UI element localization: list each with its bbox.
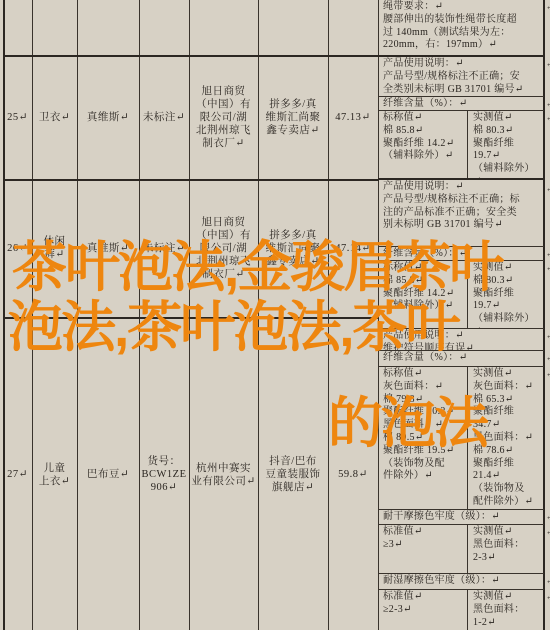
return-mark: ↵ — [546, 592, 550, 603]
detail-block-wet-rub-fastness-values: 标准值↵≥2-3↵ 实测值↵黑色面料：1-2↵ — [378, 590, 544, 630]
detail-block-fiber-content-header: 纤维含量（%）：↵ — [378, 97, 544, 111]
text-line: 过 140mm（测试结果为左： — [383, 27, 542, 40]
text-line: 配件除外）↵ — [473, 496, 543, 509]
text-line: BCW1ZE — [142, 468, 187, 481]
detail-block-usage-instruction: 产品使用说明：↵产品号型/规格标注不正确；安全类别未标明 GB 31701 编号… — [378, 57, 544, 97]
text-line: （辅料除外）↵ — [473, 163, 543, 180]
return-mark: ↵ — [546, 527, 550, 538]
measured-values: 实测值↵黑色面料：2-3↵ — [467, 525, 544, 573]
text-line: 绳带要求：↵ — [383, 1, 542, 14]
text-line: 限公司/湖 — [200, 111, 247, 124]
cell-brand: 巴布豆↵ — [78, 319, 138, 630]
text-line: 上衣↵ — [39, 475, 70, 488]
text-line: 19.7↵ — [473, 300, 543, 313]
cell-brand: 真维斯↵ — [78, 57, 138, 178]
text-line: 标称值↵ — [383, 368, 466, 381]
detail-block-dry-rub-fastness-header: 耐干摩擦色牢度（级）：↵ — [378, 510, 544, 525]
text-line: 1-2↵ — [473, 617, 543, 630]
detail-block-wet-rub-fastness-header: 耐湿摩擦色牢度（级）：↵ — [378, 574, 544, 590]
text-line: （辅料除外）↵ — [473, 313, 543, 329]
text-line: 棉 80.3↵ — [473, 125, 543, 138]
text-line: 实测值↵ — [473, 368, 543, 381]
text-line: 拼多多/真 — [269, 98, 316, 111]
text-line: 27↵ — [7, 468, 28, 481]
detail-block-cord-requirement: 绳带要求：↵腰部伸出的装饰性绳带长度超过 140mm（测试结果为左：220mm，… — [378, 0, 544, 57]
measured-values: 实测值↵棉 80.3↵聚酯纤维19.7↵（辅料除外）↵ — [467, 111, 544, 178]
cell-product-name: 儿童上衣↵ — [33, 319, 76, 630]
text-line: 业有限公司↵ — [191, 475, 255, 488]
text-line: 标准值↵ — [383, 591, 466, 604]
detail-block-fiber-values: 标称值↵棉 85.8↵聚酯纤维 14.2↵（辅料除外）↵ 实测值↵棉 80.3↵… — [378, 111, 544, 180]
text-line: 19.7↵ — [473, 150, 543, 163]
standard-values: 标准值↵≥2-3↵ — [378, 590, 467, 630]
text-line: 别未标明 GB 31701 编号↵ — [383, 219, 542, 232]
text-line: （装饰物及 — [473, 483, 543, 496]
text-line: 实测值↵ — [473, 591, 543, 604]
text-line: 纤维含量（%）：↵ — [383, 98, 542, 111]
text-line: 鑫专卖店↵ — [266, 124, 319, 137]
text-line: 实测值↵ — [473, 112, 543, 125]
return-mark: ↵ — [546, 576, 550, 587]
text-line: 标准值↵ — [383, 526, 466, 539]
text-line: 旭日商贸 — [202, 85, 246, 98]
text-line: ≥2-3↵ — [383, 604, 466, 617]
text-line: 25↵ — [7, 111, 28, 124]
return-mark: ↵ — [546, 353, 550, 364]
text-line: ≥3↵ — [383, 539, 466, 552]
text-line: 标称值↵ — [383, 112, 466, 125]
text-line: 注的产品标准不正确；安全类 — [383, 207, 542, 220]
text-line: 未标注↵ — [143, 111, 185, 124]
cell-model: 货号：BCW1ZE906↵ — [140, 319, 188, 630]
text-line: 黑色面料： — [473, 539, 543, 552]
text-line: 2-3↵ — [473, 552, 543, 565]
text-line: （中国）有 — [196, 98, 251, 111]
text-line: 制衣厂↵ — [202, 137, 244, 150]
cell-product-name: 卫衣↵ — [33, 57, 76, 178]
inspection-report-page: 25↵ 卫衣↵ 真维斯↵ 未标注↵ 旭日商贸（中国）有限公司/湖北荆州琼飞制衣厂… — [0, 0, 550, 630]
text-line: （辅料除外）↵ — [383, 150, 466, 163]
return-mark: ↵ — [546, 512, 550, 523]
text-line: 货号： — [148, 455, 181, 468]
text-line: 维斯汇尚聚 — [266, 111, 321, 124]
text-line: 产品号型/规格标注不正确；安 — [383, 71, 542, 84]
return-mark: ↵ — [546, 99, 550, 110]
text-line: 杭州中赛实 — [196, 462, 251, 475]
cell-price: 47.13↵ — [329, 57, 377, 178]
text-line: 产品号型/规格标注不正确；标 — [383, 194, 542, 207]
return-mark: ↵ — [546, 263, 550, 274]
watermark-text-line-3: 的泡法 — [328, 396, 487, 451]
text-line: 聚酯纤维 — [473, 458, 543, 471]
text-line: 旗舰店↵ — [272, 481, 314, 494]
text-line: 豆童装服饰 — [266, 468, 321, 481]
nominal-values: 标称值↵棉 85.8↵聚酯纤维 14.2↵（辅料除外）↵ — [378, 111, 467, 178]
text-line: 产品使用说明：↵ — [383, 58, 542, 71]
watermark-text-line-1: 茶叶泡法,金骏眉茶叶 — [12, 240, 502, 295]
return-mark: ↵ — [546, 2, 550, 13]
text-line: 聚酯纤维 — [473, 138, 543, 151]
text-line: （装饰物及配 — [383, 458, 466, 471]
text-line: 件除外）↵ — [383, 470, 466, 483]
cell-row-number: 25↵ — [4, 57, 31, 178]
text-line: 腰部伸出的装饰性绳带长度超 — [383, 14, 542, 27]
text-line: 220mm，右：197mm）↵ — [383, 39, 542, 52]
text-line: 北荆州琼飞 — [196, 124, 251, 137]
return-mark: ↵ — [546, 184, 550, 195]
text-line: 抖音/巴布 — [269, 455, 316, 468]
cell-manufacturer: 旭日商贸（中国）有限公司/湖北荆州琼飞制衣厂↵ — [190, 57, 257, 178]
return-mark: ↵ — [546, 369, 550, 380]
text-line: 巴布豆↵ — [87, 468, 129, 481]
measured-values: 实测值↵黑色面料：1-2↵ — [467, 590, 544, 630]
text-line: 耐湿摩擦色牢度（级）：↵ — [383, 575, 542, 588]
text-line: 21.4↵ — [473, 470, 543, 483]
cell-store: 抖音/巴布豆童装服饰旗舰店↵ — [259, 319, 327, 630]
cell-price: 59.8↵ — [329, 319, 377, 630]
text-line: 卫衣↵ — [39, 111, 70, 124]
detail-block-dry-rub-fastness-values: 标准值↵≥3↵ 实测值↵黑色面料：2-3↵ — [378, 525, 544, 574]
standard-values: 标准值↵≥3↵ — [378, 525, 467, 573]
text-line: 产品使用说明：↵ — [383, 181, 542, 194]
text-line: 实测值↵ — [473, 526, 543, 539]
text-line: 黑色面料： — [473, 604, 543, 617]
cell-store: 拼多多/真维斯汇尚聚鑫专卖店↵ — [259, 57, 327, 178]
return-mark: ↵ — [546, 331, 550, 342]
watermark-text-line-2: 泡法,茶叶泡法,茶叶 — [8, 300, 459, 355]
return-mark: ↵ — [546, 113, 550, 124]
text-line: 旭日商贸 — [202, 216, 246, 229]
cell-manufacturer: 杭州中赛实业有限公司↵ — [190, 319, 257, 630]
text-line: 59.8↵ — [338, 468, 368, 481]
text-line: 聚酯纤维 14.2↵ — [383, 138, 466, 151]
text-line: 全类别未标明 GB 31701 编号↵ — [383, 84, 542, 97]
return-mark: ↵ — [546, 249, 550, 260]
text-line: 906↵ — [151, 481, 178, 494]
return-mark: ↵ — [546, 59, 550, 70]
cell-model: 未标注↵ — [140, 57, 188, 178]
text-line: 儿童 — [44, 462, 66, 475]
text-line: 真维斯↵ — [87, 111, 129, 124]
cell-row-number: 27↵ — [4, 319, 31, 630]
text-line: 47.13↵ — [335, 111, 370, 124]
text-line: 棉 85.8↵ — [383, 125, 466, 138]
text-line: 耐干摩擦色牢度（级）：↵ — [383, 511, 542, 524]
